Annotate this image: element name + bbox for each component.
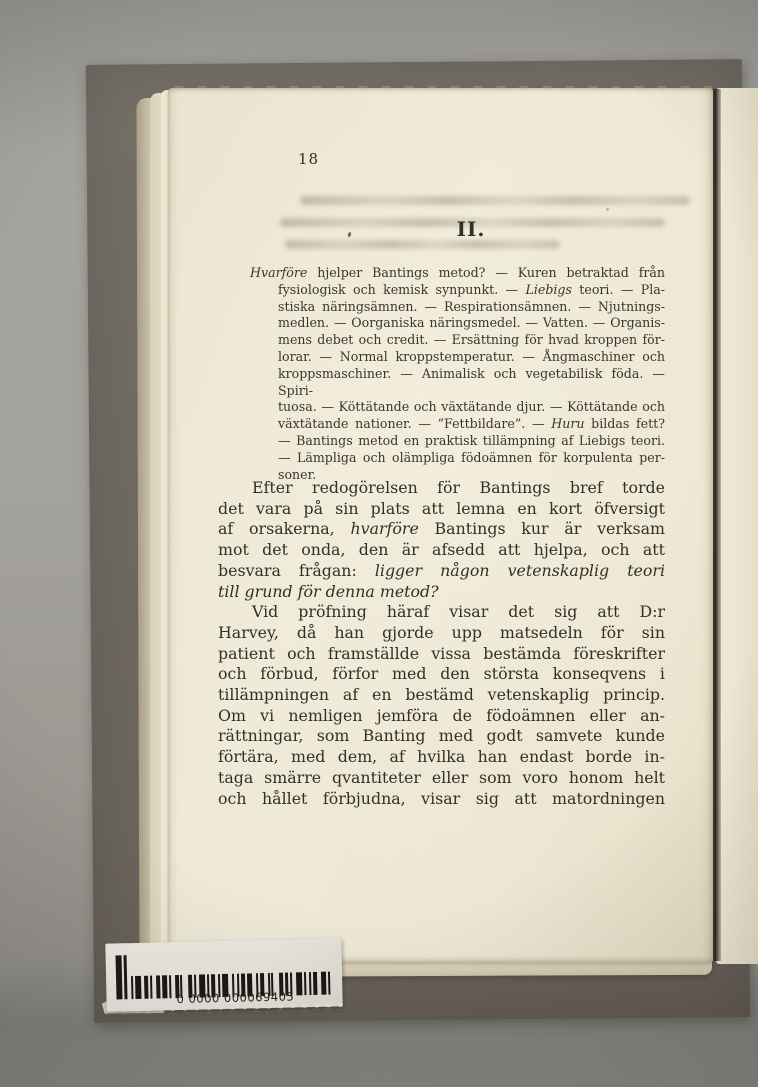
text-line: patient och framställde vissa bestämda f… (218, 644, 665, 665)
paragraph: Vid pröfning häraf visar det sig att D:r… (218, 602, 665, 809)
chapter-synopsis: Hvarföre hjelper Bantings metod? — Kuren… (250, 265, 665, 483)
show-through-text (285, 240, 560, 249)
text-line: växtätande nationer. — ”Fettbildare”. — … (250, 416, 665, 433)
text-line: mens debet och credit. — Ersättning för … (250, 332, 665, 349)
text-line: af orsakerna, hvarföre Bantings kur är v… (218, 519, 665, 540)
text-line: till grund för denna metod? (218, 582, 665, 603)
facing-page-edge (716, 88, 758, 964)
text-line: fysiologisk och kemisk synpunkt. — Liebi… (250, 282, 665, 299)
text-line: Vid pröfning häraf visar det sig att D:r (218, 602, 665, 623)
text-line: det vara på sin plats att lemna en kort … (218, 499, 665, 520)
text-line: kroppsmaschiner. — Animalisk och vegetab… (250, 366, 665, 400)
text-line: förtära, med dem, af hvilka han endast b… (218, 747, 665, 768)
deckle-edge (168, 86, 713, 95)
text-line: och förbud, förfor med den största konse… (218, 664, 665, 685)
text-line: Om vi nemligen jemföra de födoämnen elle… (218, 706, 665, 727)
text-line: — Bantings metod en praktisk tillämpning… (250, 433, 665, 450)
text-line: Hvarföre hjelper Bantings metod? — Kuren… (250, 265, 665, 282)
text-line: medlen. — Oorganiska näringsmedel. — Vat… (250, 315, 665, 332)
barcode-number: 0 0000 000069405 (176, 989, 294, 1006)
text-line: Harvey, då han gjorde upp matsedeln för … (218, 623, 665, 644)
chapter-heading: II. (411, 217, 531, 241)
ink-speck (347, 232, 351, 238)
text-line: lorar. — Normal kroppstemperatur. — Ångm… (250, 349, 665, 366)
text-line: och hållet förbjudna, visar sig att mato… (218, 789, 665, 810)
text-line: taga smärre qvantiteter eller som voro h… (218, 768, 665, 789)
page-number: 18 (298, 150, 319, 168)
show-through-text (300, 196, 690, 205)
text-line: stiska näringsämnen. — Respirationsämnen… (250, 299, 665, 316)
scanned-book-photo: 18 II. Hvarföre hjelper Bantings metod? … (0, 0, 758, 1087)
text-line: tillämpningen af en bestämd vetenskaplig… (218, 685, 665, 706)
barcode-sticker: 0 0000 000069405 (105, 938, 342, 1011)
paragraph: Efter redogörelsen för Bantings bref tor… (218, 478, 665, 602)
text-line: tuosa. — Köttätande och växtätande djur.… (250, 399, 665, 416)
body-text: Efter redogörelsen för Bantings bref tor… (218, 478, 665, 809)
book-page: 18 II. Hvarföre hjelper Bantings metod? … (168, 88, 713, 962)
text-line: besvara frågan: ligger någon vetenskapli… (218, 561, 665, 582)
text-line: mot det onda, den är afsedd att hjelpa, … (218, 540, 665, 561)
text-line: Efter redogörelsen för Bantings bref tor… (218, 478, 665, 499)
text-line: rättningar, som Banting med godt samvete… (218, 726, 665, 747)
text-line: — Lämpliga och olämpliga födoämnen för k… (250, 450, 665, 467)
ink-speck (606, 208, 609, 211)
